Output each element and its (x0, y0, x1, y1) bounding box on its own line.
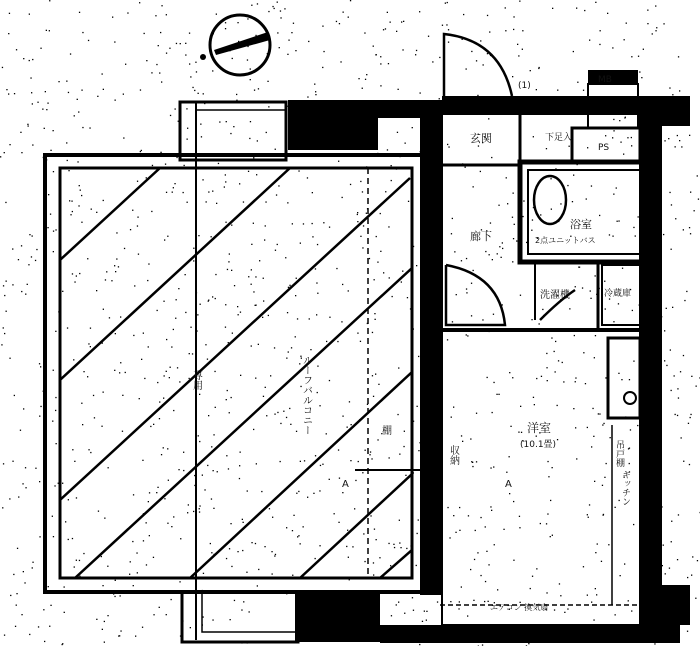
floor-plan-drawing: 玄関 下足入 MB PS (1) 廊下 浴室 2点ユニットバス 洗濯機 冷蔵庫 … (0, 0, 700, 646)
pipe-space-label: PS (598, 143, 609, 153)
bathroom-sub-label: 2点ユニットバス (535, 235, 596, 245)
western-room-size: (10.1畳) (520, 439, 556, 450)
hallway-label: 廊下 (470, 229, 492, 243)
western-room-label: 洋室 (527, 420, 551, 435)
bottom-note: エアコン 換気扇 (490, 602, 548, 612)
interior-walls (432, 84, 648, 625)
section-a-left: A (342, 479, 349, 490)
north-arrow-compass-icon (200, 15, 270, 75)
meter-box-label: MB (598, 75, 612, 85)
shoe-box-label: 下足入 (545, 131, 572, 143)
balcony-label: ルーフバルコニー (301, 355, 313, 435)
section-a-right: A (505, 479, 512, 490)
bathroom-label: 浴室 (570, 217, 592, 231)
kitchen-label: キッチン (620, 470, 630, 506)
entrance-marker: (1) (518, 81, 531, 91)
doors (444, 34, 575, 325)
washer-label: 洗濯機 (540, 288, 571, 301)
balcony (45, 102, 425, 642)
wall-cabinet-label: 吊戸棚 (614, 440, 625, 468)
fridge-label: 冷蔵庫 (604, 287, 631, 299)
entrance-label: 玄関 (470, 131, 492, 145)
private-area-label: 専用 (191, 369, 203, 391)
closet-label: 収納 (448, 444, 460, 465)
